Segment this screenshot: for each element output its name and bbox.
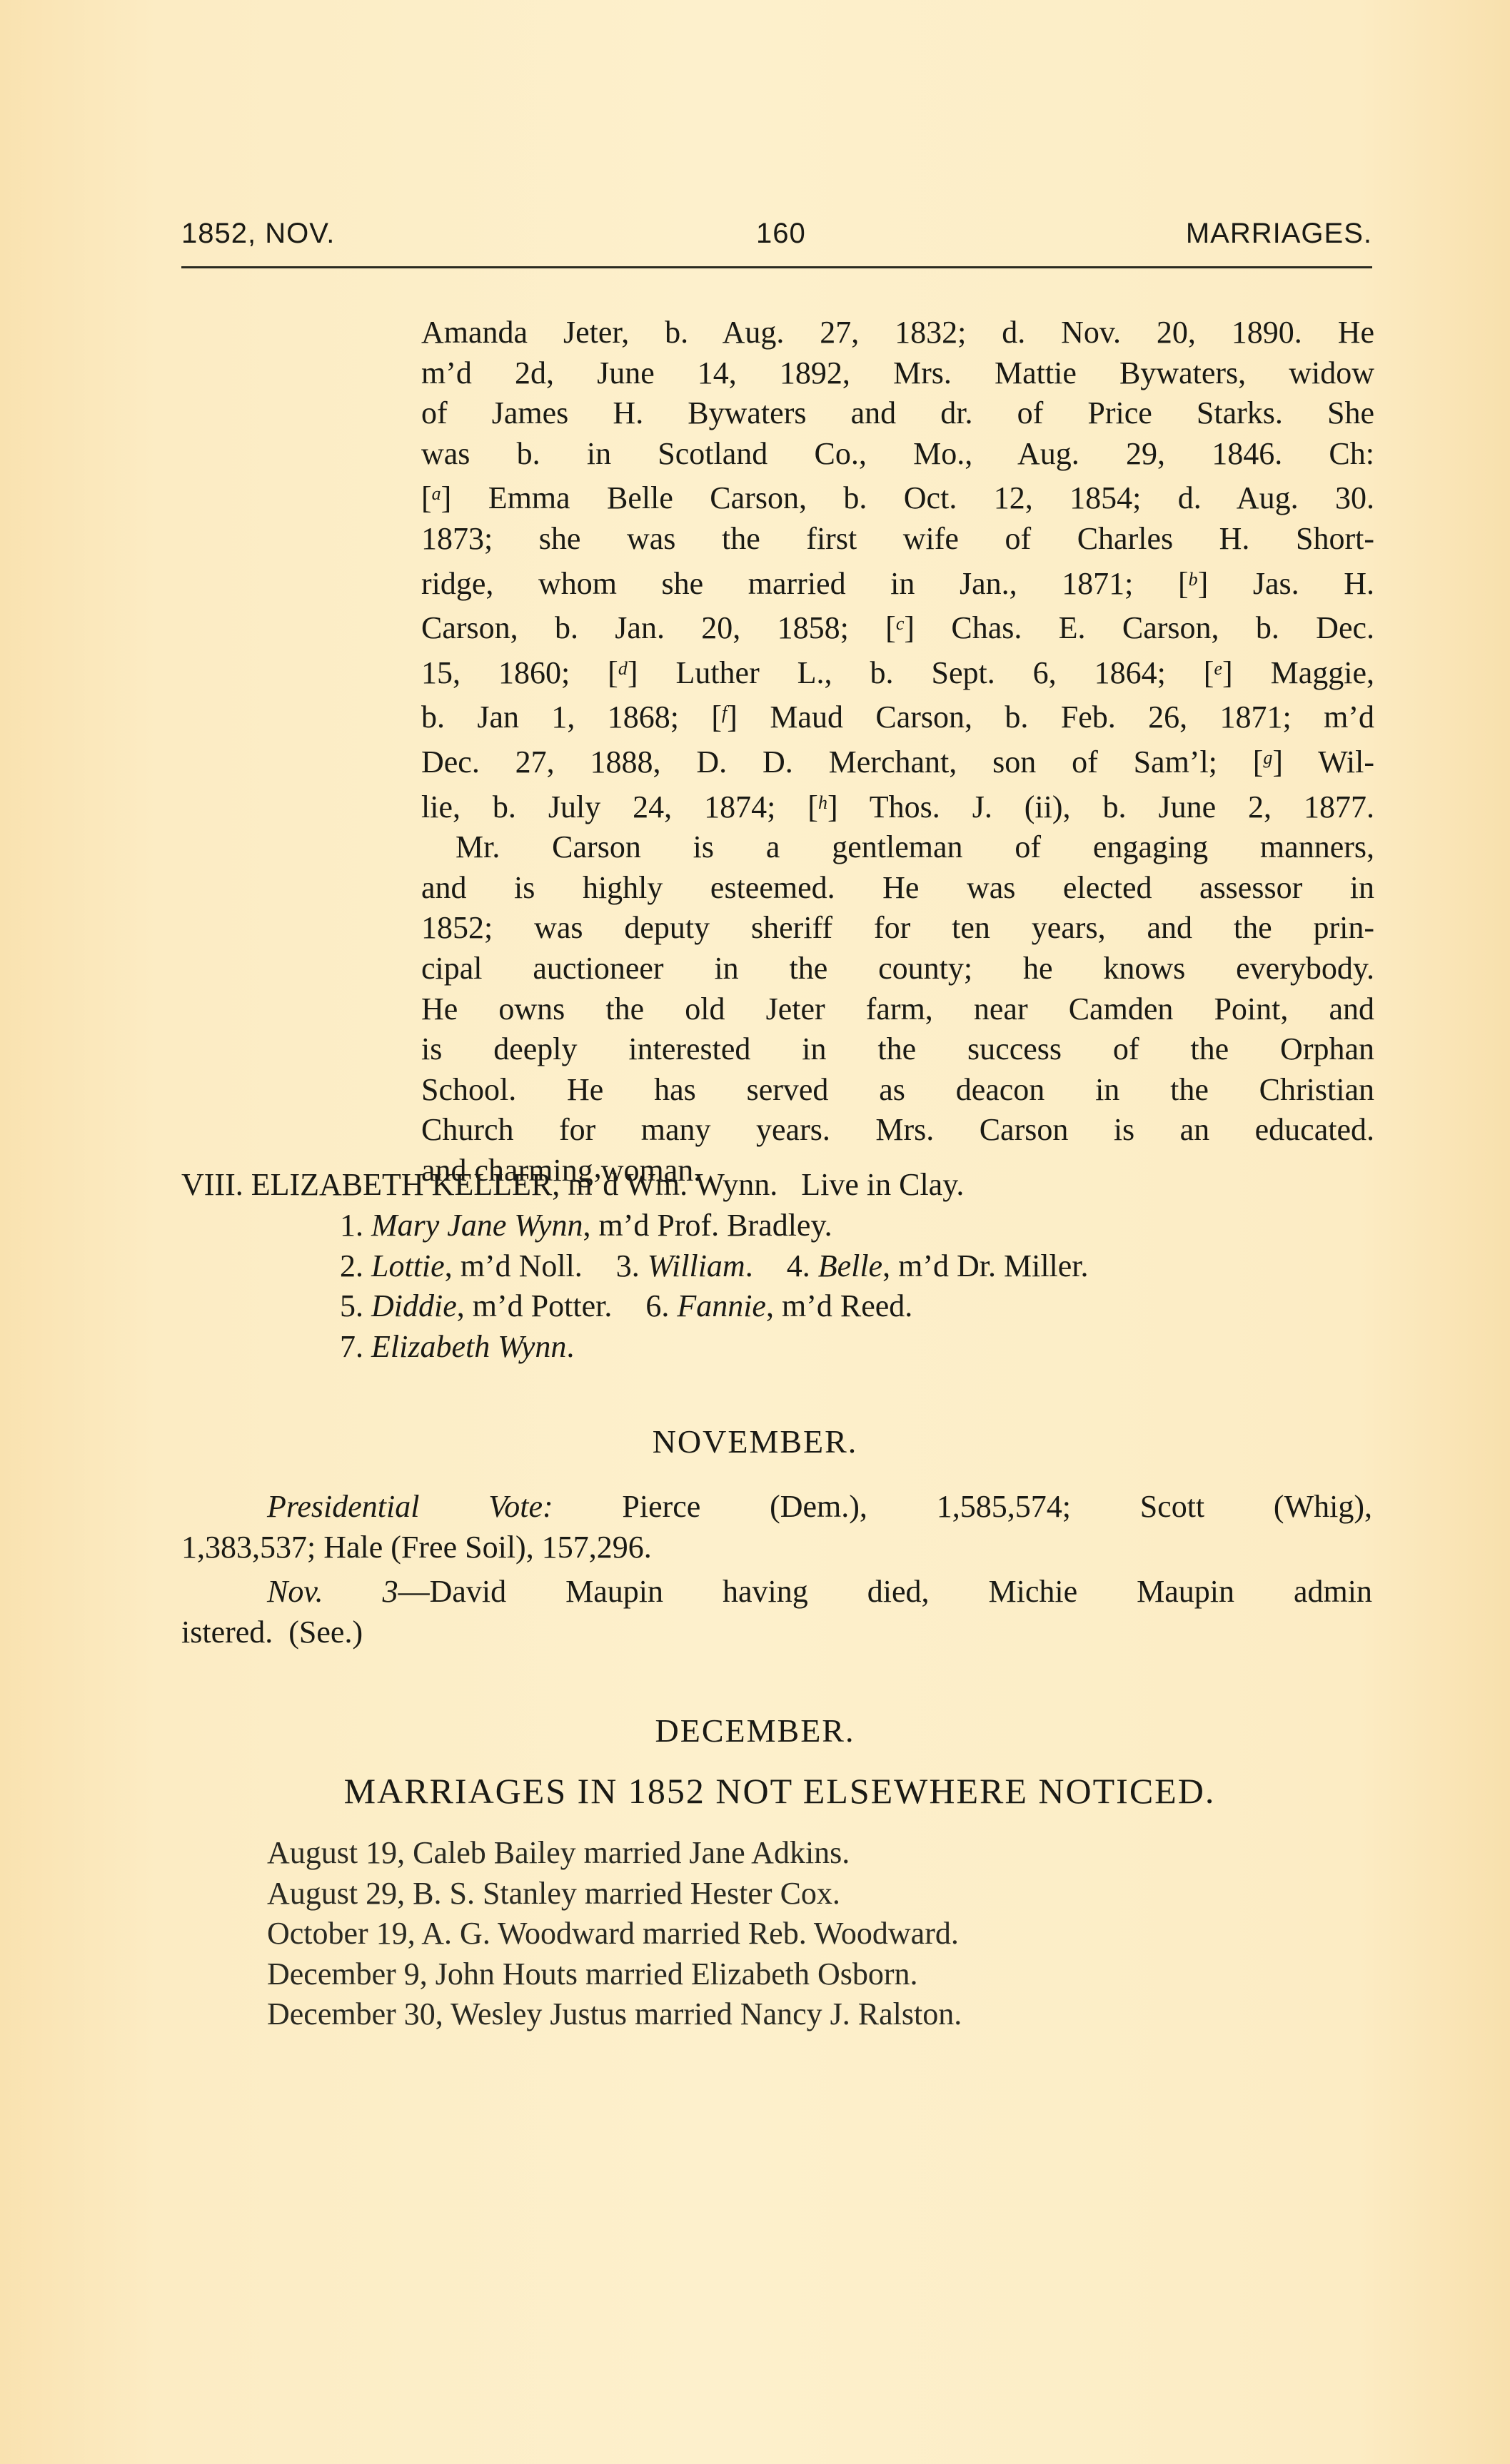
child-text: Dec. 27, 1888, D. D. Merchant, son of Sa… xyxy=(421,744,1217,779)
child-marker: c xyxy=(896,613,905,634)
child-name: Fannie xyxy=(677,1288,766,1323)
child-item: 3. William. xyxy=(616,1248,753,1283)
child-line: 1873; she was the first wife of Charles … xyxy=(421,519,1374,560)
child-note: , m’d Potter. xyxy=(457,1288,613,1323)
child-marker: d xyxy=(618,658,628,679)
family-note: m’d Wm. Wynn. Live in Clay. xyxy=(560,1167,964,1202)
child-name: Lottie xyxy=(371,1248,445,1283)
child-marker: h xyxy=(818,792,827,813)
child-name: Elizabeth Wynn xyxy=(371,1329,566,1364)
child-text: Wil- xyxy=(1318,744,1374,779)
marriage-item: December 9, John Houts married Elizabeth… xyxy=(267,1954,962,1995)
family-viii-heading: VIII. ELIZABETH KELLER, m’d Wm. Wynn. Li… xyxy=(181,1165,964,1206)
child-text: b. Jan 1, 1868; xyxy=(421,700,679,734)
description-line: Church for many years. Mrs. Carson is an… xyxy=(421,1110,1374,1151)
description-line: Mr. Carson is a gentleman of engaging ma… xyxy=(421,827,1374,868)
child-line: Dec. 27, 1888, D. D. Merchant, son of Sa… xyxy=(421,738,1374,783)
children-row: 5. Diddie, m’d Potter. 6. Fannie, m’d Re… xyxy=(340,1286,1114,1327)
running-head-section: MARRIAGES. xyxy=(1186,218,1372,250)
child-note: . xyxy=(745,1248,753,1283)
child-note: , m’d Dr. Miller. xyxy=(882,1248,1088,1283)
children-row: 1. Mary Jane Wynn, m’d Prof. Bradley. xyxy=(340,1206,1114,1246)
text-line: of James H. Bywaters and dr. of Price St… xyxy=(421,393,1374,434)
entry-date: Nov. 3 xyxy=(267,1574,398,1609)
marriage-item: December 30, Wesley Justus married Nancy… xyxy=(267,1994,962,2035)
header-rule-divider xyxy=(181,266,1372,268)
child-text: Maud Carson, b. Feb. 26, 1871; m’d xyxy=(770,700,1374,734)
vote-label: Presidential Vote: xyxy=(267,1489,553,1524)
child-text: Thos. J. (ii), b. June 2, 1877. xyxy=(870,789,1374,824)
marriage-list: August 19, Caleb Bailey married Jane Adk… xyxy=(267,1833,962,2035)
november-heading: NOVEMBER. xyxy=(0,1423,1510,1460)
child-line: lie, b. July 24, 1874; [h] Thos. J. (ii)… xyxy=(421,783,1374,828)
description-line: and is highly esteemed. He was elected a… xyxy=(421,868,1374,909)
running-head-date: 1852, NOV. xyxy=(181,218,335,250)
child-item: 7. Elizabeth Wynn. xyxy=(340,1329,574,1364)
child-text: ridge, whom she married in Jan., 1871; xyxy=(421,566,1133,601)
child-text: Emma Belle Carson, b. Oct. 12, 1854; d. … xyxy=(488,480,1374,515)
entry-text: —David Maupin having died, Michie Maupin… xyxy=(398,1574,1372,1609)
child-name: Diddie xyxy=(371,1288,457,1323)
child-text: 15, 1860; xyxy=(421,655,570,690)
child-number: 3. xyxy=(616,1248,640,1283)
child-number: 1. xyxy=(340,1208,363,1243)
marriages-not-elsewhere-heading: MARRIAGES IN 1852 NOT ELSEWHERE NOTICED. xyxy=(230,1770,1329,1812)
nov-entry-line: istered. (See.) xyxy=(181,1612,1372,1653)
carson-entry: Amanda Jeter, b. Aug. 27, 1832; d. Nov. … xyxy=(421,313,1374,1191)
child-marker: e xyxy=(1214,658,1222,679)
child-note: , m’d Noll. xyxy=(445,1248,583,1283)
text-line: was b. in Scotland Co., Mo., Aug. 29, 18… xyxy=(421,434,1374,475)
child-note: , m’d Reed. xyxy=(766,1288,912,1323)
child-item: 5. Diddie, m’d Potter. xyxy=(340,1288,612,1323)
child-marker: f xyxy=(722,702,727,723)
presidential-vote-line: 1,383,537; Hale (Free Soil), 157,296. xyxy=(181,1528,1372,1568)
description-line: is deeply interested in the success of t… xyxy=(421,1029,1374,1070)
child-number: 6. xyxy=(645,1288,669,1323)
child-item: 6. Fannie, m’d Reed. xyxy=(645,1288,912,1323)
child-marker: g xyxy=(1263,747,1272,768)
child-number: 5. xyxy=(340,1288,363,1323)
child-name: William xyxy=(648,1248,745,1283)
child-name: Mary Jane Wynn xyxy=(371,1208,583,1243)
text-line: m’d 2d, June 14, 1892, Mrs. Mattie Bywat… xyxy=(421,353,1374,394)
text-line: Amanda Jeter, b. Aug. 27, 1832; d. Nov. … xyxy=(421,313,1374,353)
child-number: 7. xyxy=(340,1329,363,1364)
child-item: 1. Mary Jane Wynn, m’d Prof. Bradley. xyxy=(340,1208,832,1243)
book-page: 1852, NOV. 160 MARRIAGES. Amanda Jeter, … xyxy=(0,0,1510,2464)
marriage-item: August 19, Caleb Bailey married Jane Adk… xyxy=(267,1833,962,1874)
child-line: ridge, whom she married in Jan., 1871; [… xyxy=(421,560,1374,605)
child-text: Luther L., b. Sept. 6, 1864; xyxy=(675,655,1165,690)
page-number: 160 xyxy=(756,218,806,250)
child-text: Jas. H. xyxy=(1253,566,1374,601)
child-item: 4. Belle, m’d Dr. Miller. xyxy=(787,1248,1089,1283)
child-text: Carson, b. Jan. 20, 1858; xyxy=(421,610,849,645)
nov-entry-line: Nov. 3—David Maupin having died, Michie … xyxy=(181,1572,1372,1612)
child-name: Belle xyxy=(818,1248,882,1283)
child-marker: a xyxy=(432,483,441,504)
child-number: 2. xyxy=(340,1248,363,1283)
child-text: lie, b. July 24, 1874; xyxy=(421,789,775,824)
marriage-item: October 19, A. G. Woodward married Reb. … xyxy=(267,1914,962,1954)
family-numeral: VIII. xyxy=(181,1167,243,1202)
child-line: 15, 1860; [d] Luther L., b. Sept. 6, 186… xyxy=(421,649,1374,694)
marriage-item: August 29, B. S. Stanley married Hester … xyxy=(267,1874,962,1914)
children-row: 7. Elizabeth Wynn. xyxy=(340,1327,1114,1368)
description-line: 1852; was deputy sheriff for ten years, … xyxy=(421,908,1374,949)
children-row: 2. Lottie, m’d Noll. 3. William. 4. Bell… xyxy=(340,1246,1114,1287)
december-heading: DECEMBER. xyxy=(0,1712,1510,1749)
child-text: Chas. E. Carson, b. Dec. xyxy=(951,610,1374,645)
child-line: Carson, b. Jan. 20, 1858; [c] Chas. E. C… xyxy=(421,604,1374,649)
child-line: [a] Emma Belle Carson, b. Oct. 12, 1854;… xyxy=(421,474,1374,519)
description-line: cipal auctioneer in the county; he knows… xyxy=(421,949,1374,989)
presidential-vote-line: Presidential Vote: Pierce (Dem.), 1,585,… xyxy=(181,1487,1372,1528)
description-line: School. He has served as deacon in the C… xyxy=(421,1070,1374,1111)
child-number: 4. xyxy=(787,1248,810,1283)
running-head: 1852, NOV. 160 MARRIAGES. xyxy=(181,218,1372,255)
child-note: . xyxy=(566,1329,574,1364)
november-content: Presidential Vote: Pierce (Dem.), 1,585,… xyxy=(181,1487,1372,1652)
child-item: 2. Lottie, m’d Noll. xyxy=(340,1248,583,1283)
child-marker: b xyxy=(1189,569,1198,590)
child-line: b. Jan 1, 1868; [f] Maud Carson, b. Feb.… xyxy=(421,693,1374,738)
family-viii-children: 1. Mary Jane Wynn, m’d Prof. Bradley. 2.… xyxy=(340,1206,1114,1367)
family-name: ELIZABETH KELLER, xyxy=(251,1167,560,1202)
child-note: , m’d Prof. Bradley. xyxy=(583,1208,832,1243)
child-text: Maggie, xyxy=(1271,655,1374,690)
vote-text: Pierce (Dem.), 1,585,574; Scott (Whig), xyxy=(553,1489,1372,1524)
description-line: He owns the old Jeter farm, near Camden … xyxy=(421,989,1374,1030)
